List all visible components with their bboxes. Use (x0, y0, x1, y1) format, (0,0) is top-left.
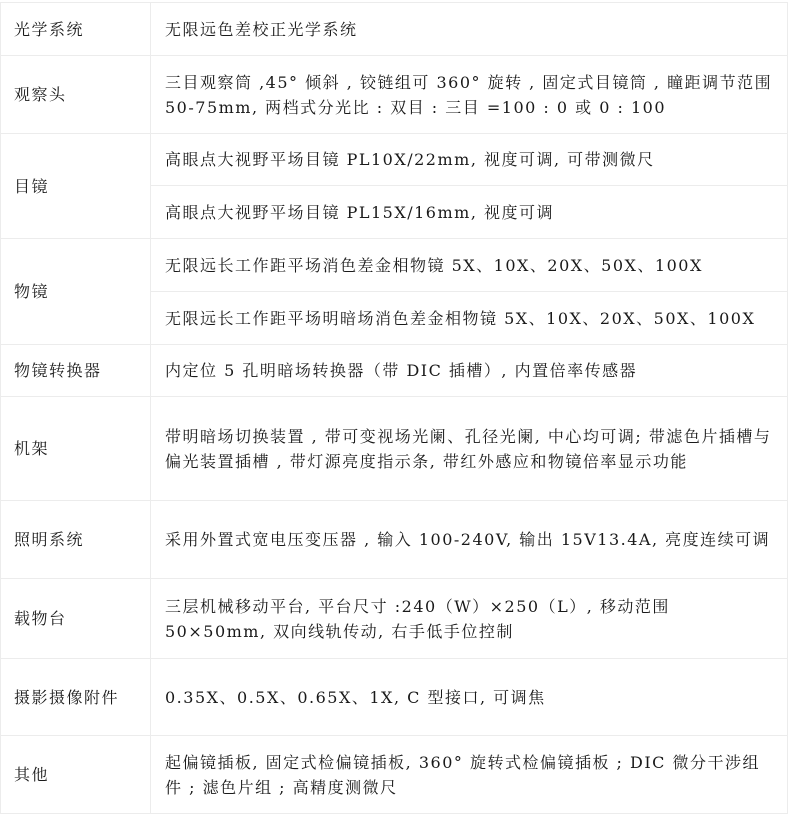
row-label: 物镜转换器 (1, 345, 151, 397)
row-value: 起偏镜插板, 固定式检偏镜插板, 360° 旋转式检偏镜插板 ; DIC 微分干… (151, 736, 788, 814)
table-row-stage: 载物台 三层机械移动平台, 平台尺寸 :240（W）×250（L）, 移动范围 … (1, 579, 788, 659)
table-row-camera-adapter: 摄影摄像附件 0.35X、0.5X、0.65X、1X, C 型接口, 可调焦 (1, 659, 788, 736)
spec-table: 光学系统 无限远色差校正光学系统 观察头 三目观察筒 ,45° 倾斜 , 铰链组… (0, 2, 788, 814)
row-label: 观察头 (1, 56, 151, 134)
table-row-eyepiece: 目镜 高眼点大视野平场目镜 PL10X/22mm, 视度可调, 可带测微尺 (1, 134, 788, 186)
row-value: 无限远长工作距平场明暗场消色差金相物镜 5X、10X、20X、50X、100X (151, 292, 788, 345)
table-row-other: 其他 起偏镜插板, 固定式检偏镜插板, 360° 旋转式检偏镜插板 ; DIC … (1, 736, 788, 814)
row-value: 高眼点大视野平场目镜 PL15X/16mm, 视度可调 (151, 186, 788, 239)
row-label: 机架 (1, 397, 151, 501)
table-row-objective: 物镜 无限远长工作距平场消色差金相物镜 5X、10X、20X、50X、100X (1, 239, 788, 292)
table-row-viewing-head: 观察头 三目观察筒 ,45° 倾斜 , 铰链组可 360° 旋转 , 固定式目镜… (1, 56, 788, 134)
row-label: 照明系统 (1, 501, 151, 579)
row-value: 采用外置式宽电压变压器 , 输入 100-240V, 输出 15V13.4A, … (151, 501, 788, 579)
table-row-nosepiece: 物镜转换器 内定位 5 孔明暗场转换器（带 DIC 插槽）, 内置倍率传感器 (1, 345, 788, 397)
row-value: 三层机械移动平台, 平台尺寸 :240（W）×250（L）, 移动范围 50×5… (151, 579, 788, 659)
row-label: 载物台 (1, 579, 151, 659)
table-row-illumination: 照明系统 采用外置式宽电压变压器 , 输入 100-240V, 输出 15V13… (1, 501, 788, 579)
row-value: 0.35X、0.5X、0.65X、1X, C 型接口, 可调焦 (151, 659, 788, 736)
row-label: 摄影摄像附件 (1, 659, 151, 736)
row-value: 三目观察筒 ,45° 倾斜 , 铰链组可 360° 旋转 , 固定式目镜筒 , … (151, 56, 788, 134)
row-value: 内定位 5 孔明暗场转换器（带 DIC 插槽）, 内置倍率传感器 (151, 345, 788, 397)
row-value: 无限远长工作距平场消色差金相物镜 5X、10X、20X、50X、100X (151, 239, 788, 292)
row-label: 其他 (1, 736, 151, 814)
row-value: 无限远色差校正光学系统 (151, 3, 788, 56)
row-label: 光学系统 (1, 3, 151, 56)
row-label: 目镜 (1, 134, 151, 239)
row-label: 物镜 (1, 239, 151, 345)
row-value: 带明暗场切换装置 , 带可变视场光阑、孔径光阑, 中心均可调; 带滤色片插槽与偏… (151, 397, 788, 501)
row-value: 高眼点大视野平场目镜 PL10X/22mm, 视度可调, 可带测微尺 (151, 134, 788, 186)
table-row-optical-system: 光学系统 无限远色差校正光学系统 (1, 3, 788, 56)
table-row-frame: 机架 带明暗场切换装置 , 带可变视场光阑、孔径光阑, 中心均可调; 带滤色片插… (1, 397, 788, 501)
